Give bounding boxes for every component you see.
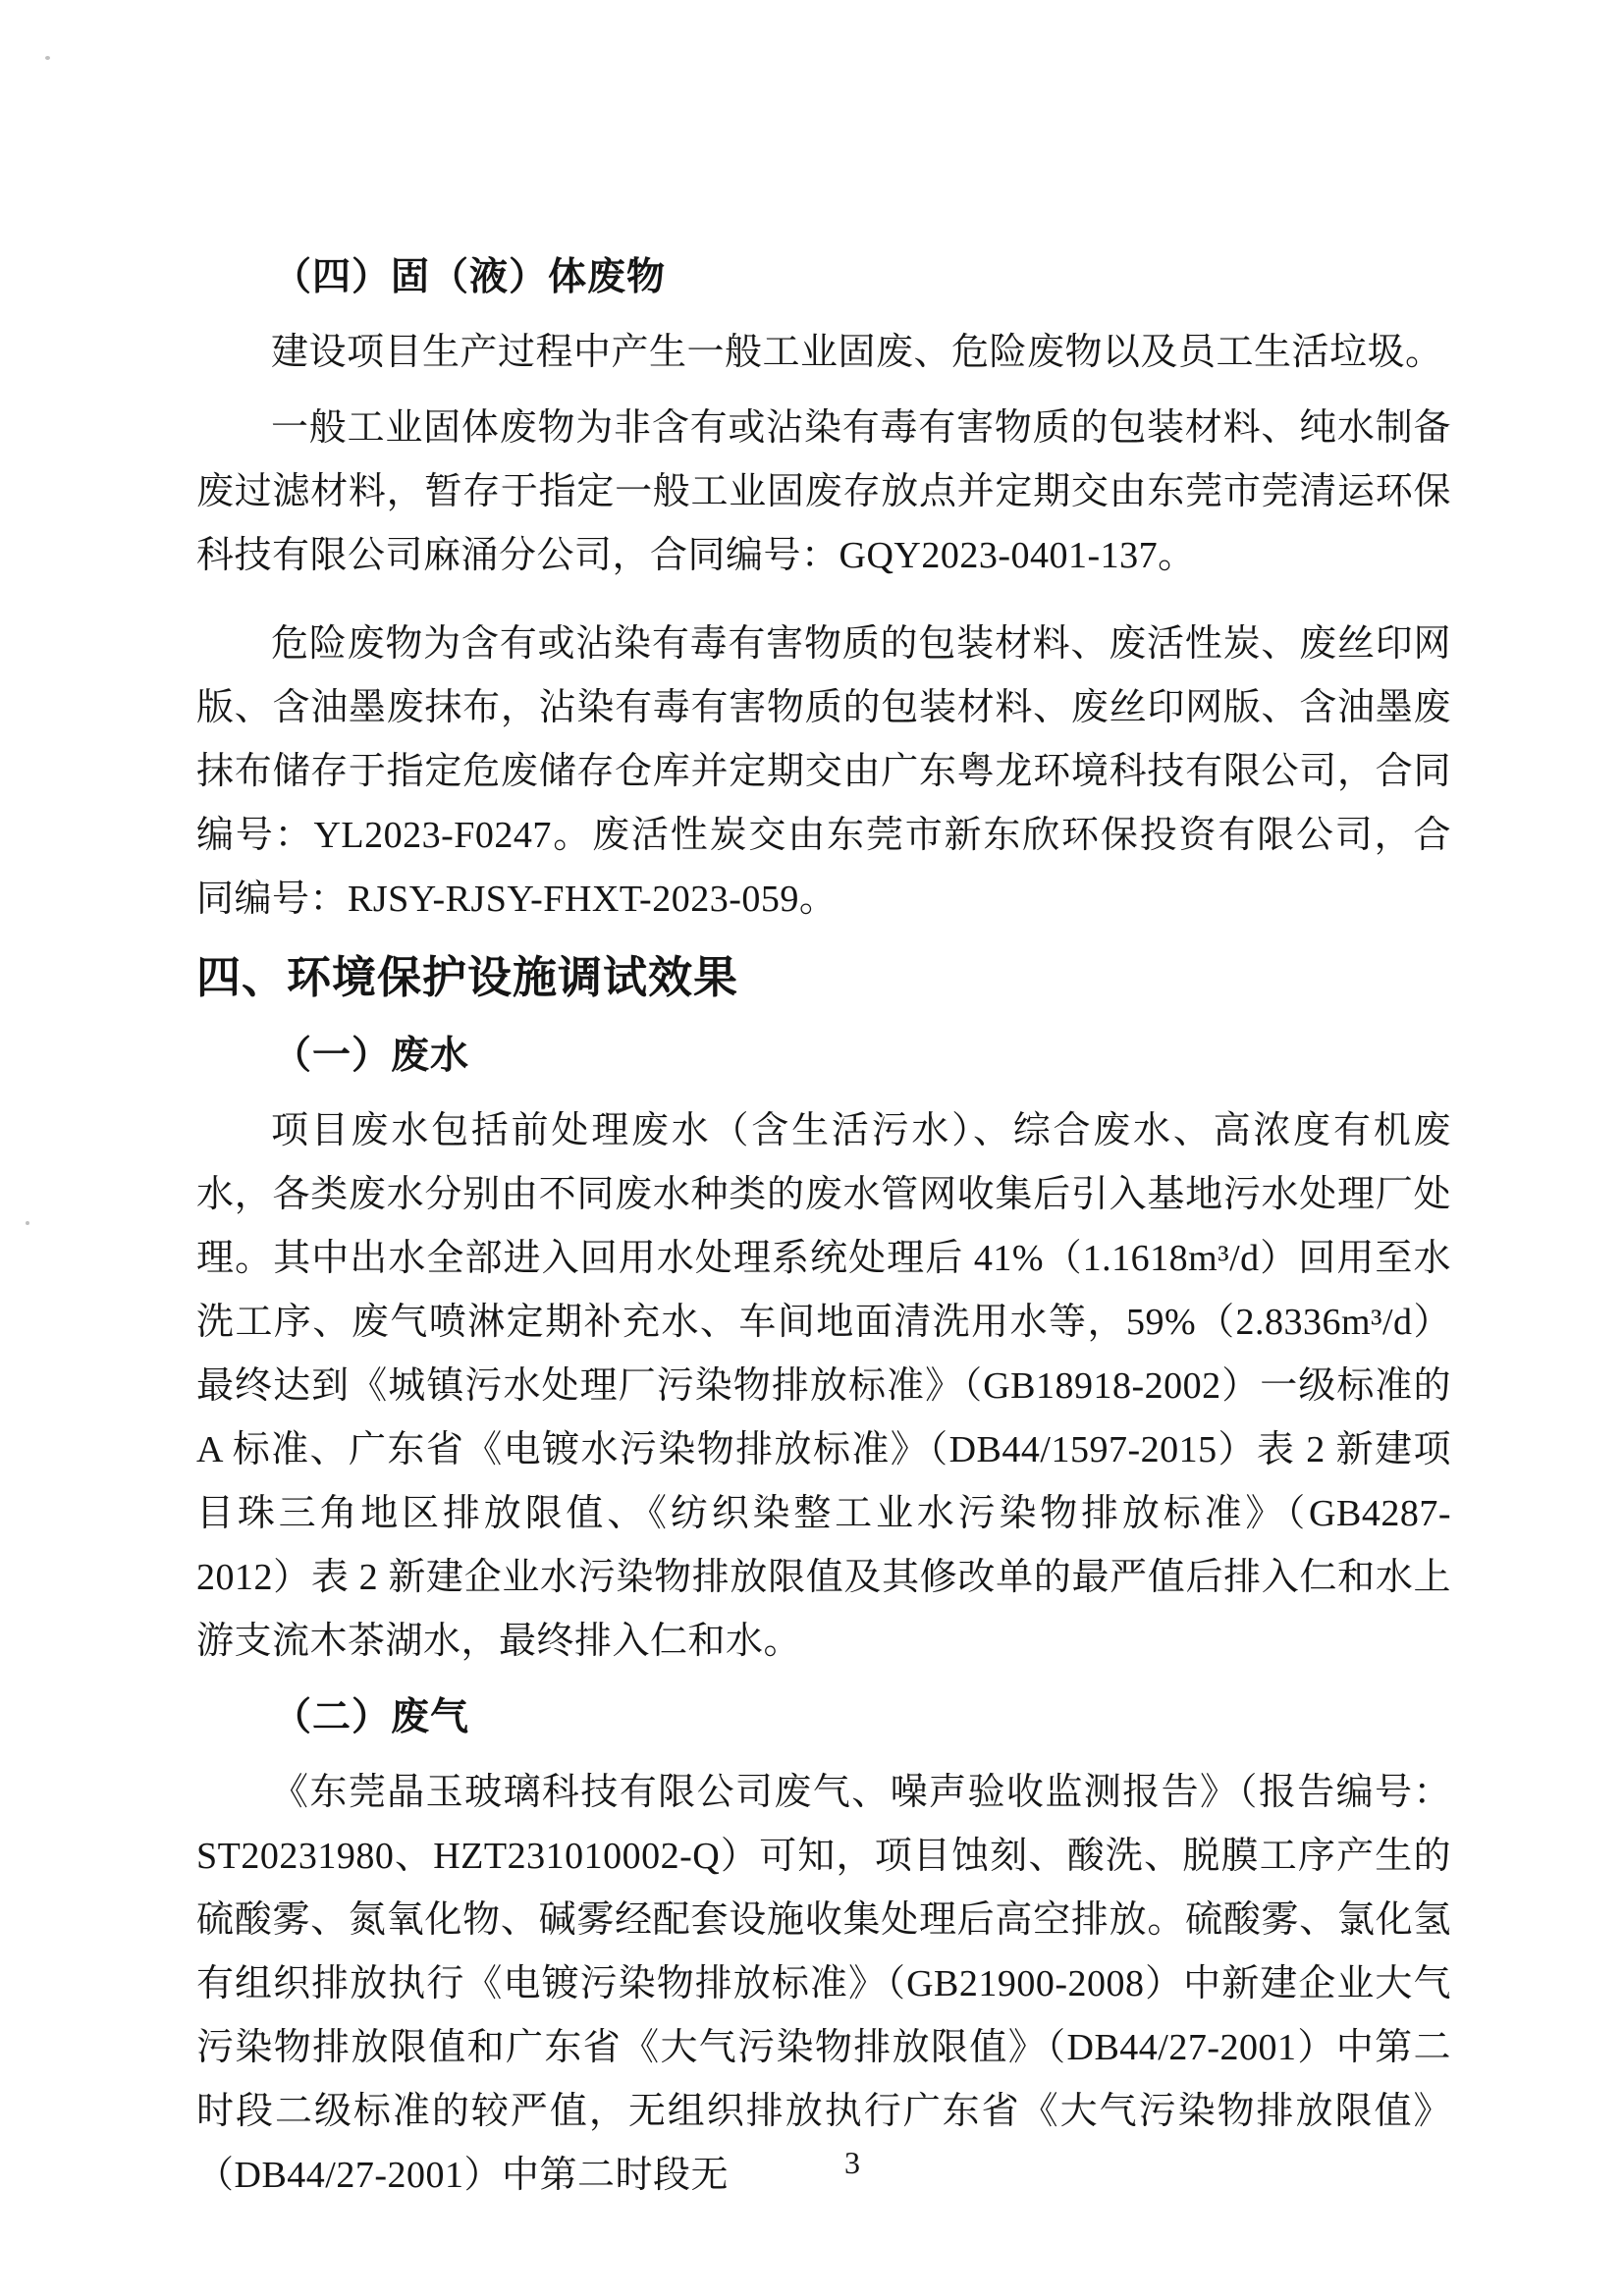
document-page: （四）固（液）体废物 建设项目生产过程中产生一般工业固废、危险废物以及员工生活垃… — [0, 0, 1624, 2296]
paragraph-waste-gas-detail: 《东莞晶玉玻璃科技有限公司废气、噪声验收监测报告》（报告编号：ST2023198… — [196, 1761, 1451, 2208]
heading-solid-liquid-waste: （四）固（液）体废物 — [196, 245, 1451, 309]
page-number: 3 — [844, 2145, 860, 2180]
heading-wastewater: （一）废水 — [196, 1024, 1451, 1088]
paragraph-waste-overview: 建设项目生产过程中产生一般工业固废、危险废物以及员工生活垃圾。 — [196, 321, 1451, 385]
document-content: （四）固（液）体废物 建设项目生产过程中产生一般工业固废、危险废物以及员工生活垃… — [196, 245, 1451, 2219]
scan-artifact-dot — [45, 56, 50, 60]
paragraph-wastewater-detail: 项目废水包括前处理废水（含生活污水）、综合废水、高浓度有机废水，各类废水分别由不… — [196, 1099, 1451, 1674]
paragraph-hazardous-waste: 危险废物为含有或沾染有毒有害物质的包装材料、废活性炭、废丝印网版、含油墨废抹布，… — [196, 613, 1451, 932]
heading-waste-gas: （二）废气 — [196, 1685, 1451, 1749]
scan-artifact-dot — [26, 1221, 29, 1225]
heading-section-four-env-protection-facility-results: 四、环境保护设施调试效果 — [196, 943, 1451, 1012]
paragraph-general-industrial-solid-waste: 一般工业固体废物为非含有或沾染有毒有害物质的包装材料、纯水制备废过滤材料，暂存于… — [196, 397, 1451, 588]
